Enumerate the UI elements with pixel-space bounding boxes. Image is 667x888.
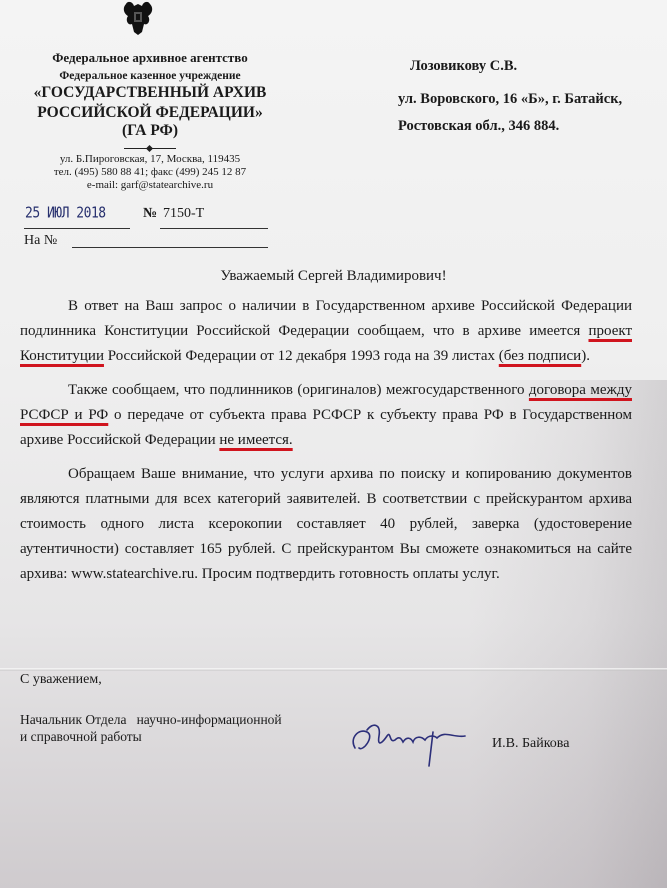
text-span: о передаче от субъекта права РСФСР к суб… — [20, 407, 632, 448]
paragraph-2: Также сообщаем, что подлинников (оригина… — [20, 378, 632, 453]
recipient-address-line2: Ростовская обл., 346 884. — [398, 118, 658, 135]
number-label: № — [143, 206, 157, 222]
signatory-name: И.В. Байкова — [492, 736, 569, 752]
registration-number: 7150-Т — [163, 206, 204, 222]
archive-phone-fax: тел. (495) 580 88 41; факс (499) 245 12 … — [20, 166, 280, 179]
paragraph-3: Обращаем Ваше внимание, что услуги архив… — [20, 462, 632, 587]
text-span: Также сообщаем, что подлинников (оригина… — [68, 382, 529, 398]
paper-fold — [0, 668, 667, 671]
closing: С уважением, — [20, 672, 102, 688]
coat-of-arms-icon — [118, 0, 158, 36]
date-stamp: 25 ИЮЛ 2018 — [25, 205, 106, 222]
paragraph-1: В ответ на Ваш запрос о наличии в Госуда… — [20, 294, 632, 369]
salutation: Уважаемый Сергей Владимирович! — [0, 268, 667, 285]
reply-to-label: На № — [24, 233, 57, 249]
archive-name-line2: РОССИЙСКОЙ ФЕДЕРАЦИИ» — [20, 104, 280, 122]
text-span: ). — [581, 348, 590, 364]
handwritten-signature-icon — [345, 708, 485, 768]
archive-name-line1: «ГОСУДАРСТВЕННЫЙ АРХИВ — [20, 84, 280, 102]
text-span: В ответ на Ваш запрос о наличии в Госуда… — [20, 298, 632, 339]
highlight-no-signature: (без подписи — [499, 348, 581, 364]
recipient-address-line1: ул. Воровского, 16 «Б», г. Батайск, — [398, 91, 658, 108]
signatory-position: Начальник Отдела научно-информационной и… — [20, 711, 282, 745]
archive-email: e-mail: garf@statearchive.ru — [20, 179, 280, 192]
date-underline — [24, 228, 130, 229]
agency-name: Федеральное архивное агентство — [20, 50, 280, 66]
reply-to-underline — [72, 247, 268, 248]
position-line1: Начальник Отдела научно-информационной — [20, 711, 282, 728]
text-span: Российской Федерации от 12 декабря 1993 … — [104, 348, 499, 364]
institution-type: Федеральное казенное учреждение — [20, 70, 280, 82]
letter-page: Федеральное архивное агентство Федеральн… — [0, 0, 667, 888]
number-underline — [160, 228, 268, 229]
highlight-not-available: не имеется. — [219, 432, 292, 448]
letter-body: В ответ на Ваш запрос о наличии в Госуда… — [20, 294, 632, 596]
archive-abbreviation: (ГА РФ) — [20, 122, 280, 140]
ornament-divider — [124, 148, 176, 149]
recipient-name: Лозовикову С.В. — [410, 58, 658, 75]
archive-address: ул. Б.Пироговская, 17, Москва, 119435 — [20, 153, 280, 166]
recipient-block: Лозовикову С.В. ул. Воровского, 16 «Б», … — [398, 58, 658, 135]
position-line2: и справочной работы — [20, 728, 282, 745]
letterhead: Федеральное архивное агентство Федеральн… — [20, 50, 280, 192]
